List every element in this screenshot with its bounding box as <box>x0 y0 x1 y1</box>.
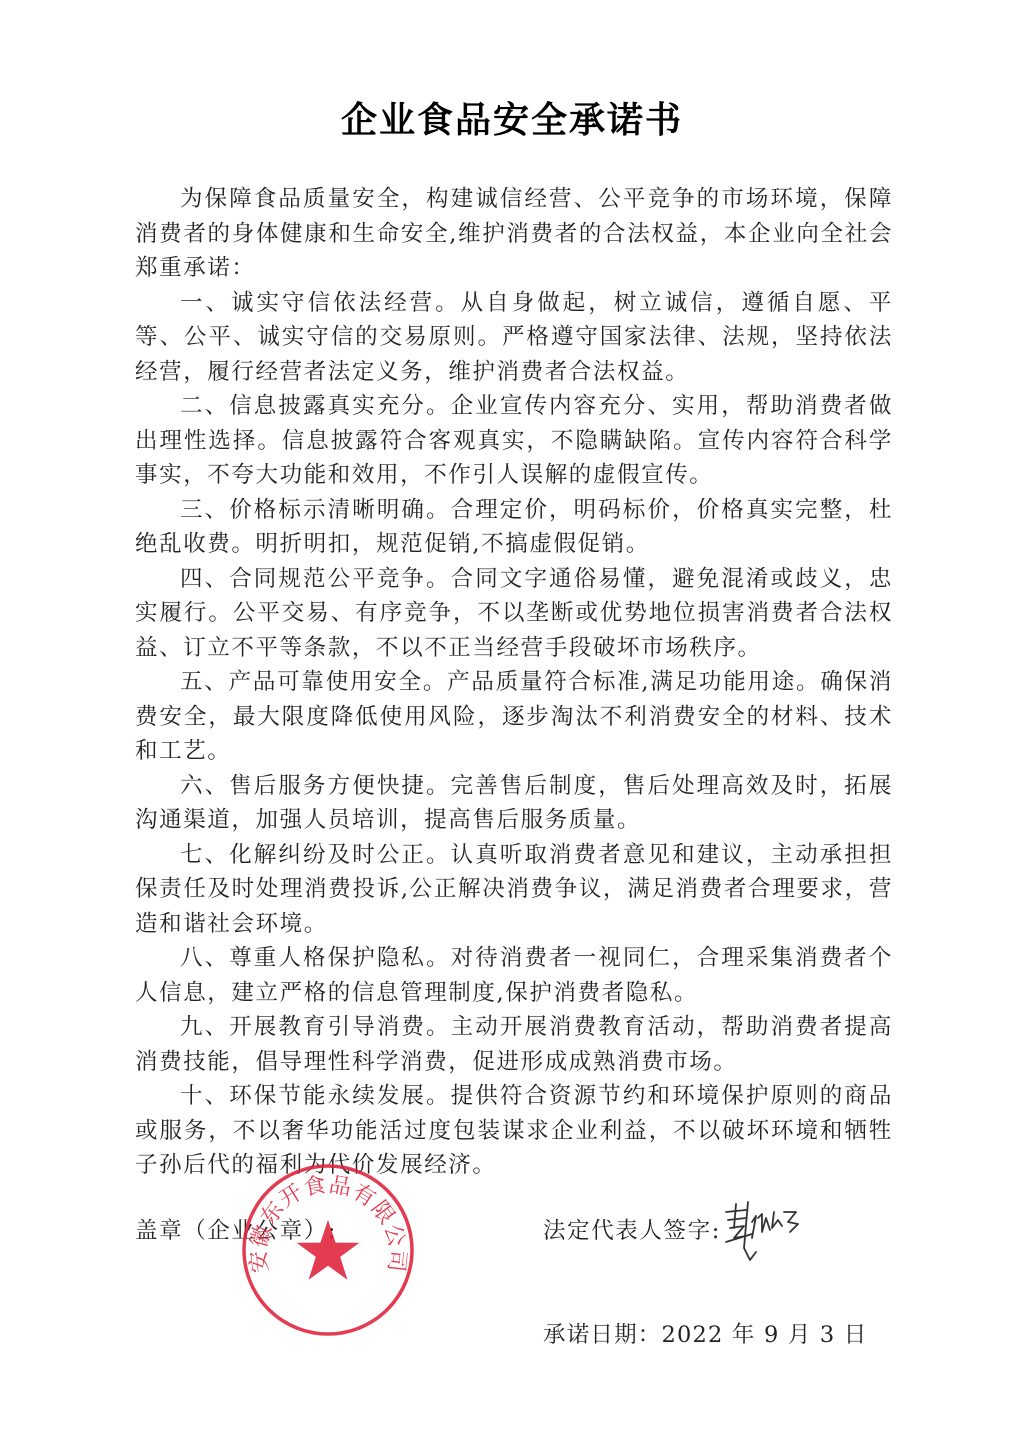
star-icon <box>297 1220 360 1280</box>
commitment-item-1: 一、诚实守信依法经营。从自身做起，树立诚信，遵循自愿、平等、公平、诚实守信的交易… <box>135 286 893 390</box>
handwritten-signature-icon <box>722 1198 812 1266</box>
document-title: 企业食品安全承诺书 <box>0 97 1024 145</box>
commitment-item-7: 七、化解纠纷及时公正。认真听取消费者意见和建议，主动承担担保责任及时处理消费投诉… <box>135 838 893 942</box>
document-page: 企业食品安全承诺书 为保障食品质量安全，构建诚信经营、公平竞争的市场环境，保障消… <box>0 0 1024 1448</box>
commitment-item-5: 五、产品可靠使用安全。产品质量符合标准,满足功能用途。确保消费安全，最大限度降低… <box>135 665 893 769</box>
company-seal: 安徽东开食品有限公司 <box>238 1160 418 1340</box>
signature-label: 法定代表人签字: <box>543 1214 721 1248</box>
commitment-item-2: 二、信息披露真实充分。企业宣传内容充分、实用，帮助消费者做出理性选择。信息披露符… <box>135 389 893 493</box>
commitment-item-4: 四、合同规范公平竞争。合同文字通俗易懂，避免混淆或歧义，忠实履行。公平交易、有序… <box>135 562 893 666</box>
intro-paragraph: 为保障食品质量安全，构建诚信经营、公平竞争的市场环境，保障消费者的身体健康和生命… <box>135 182 893 286</box>
document-body: 为保障食品质量安全，构建诚信经营、公平竞争的市场环境，保障消费者的身体健康和生命… <box>135 182 893 1183</box>
commitment-item-8: 八、尊重人格保护隐私。对待消费者一视同仁，合理采集消费者个人信息，建立严格的信息… <box>135 941 893 1010</box>
commitment-item-3: 三、价格标示清晰明确。合理定价，明码标价，价格真实完整，杜绝乱收费。明折明扣，规… <box>135 493 893 562</box>
commitment-date: 承诺日期：2022 年 9 月 3 日 <box>543 1318 867 1352</box>
commitment-item-6: 六、售后服务方便快捷。完善售后制度，售后处理高效及时，拓展沟通渠道，加强人员培训… <box>135 769 893 838</box>
commitment-item-9: 九、开展教育引导消费。主动开展消费教育活动，帮助消费者提高消费技能，倡导理性科学… <box>135 1010 893 1079</box>
